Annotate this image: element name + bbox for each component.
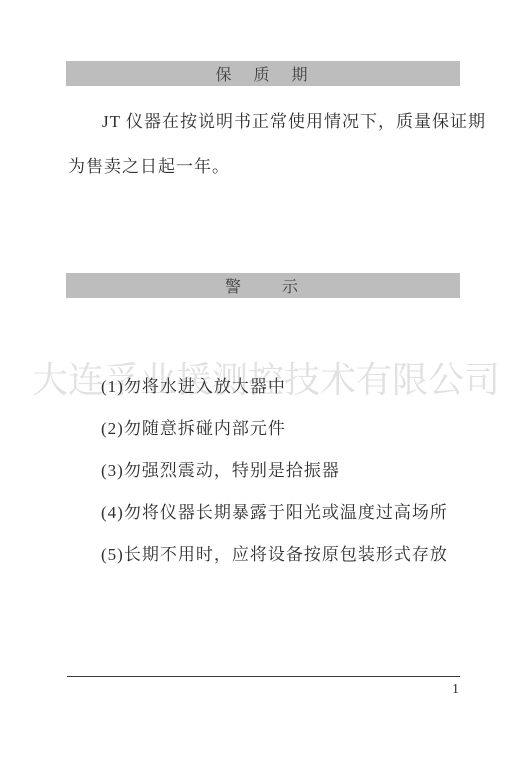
warning-item-3: (3)勿强烈震动，特别是拾振器: [68, 460, 488, 481]
section-header-warranty: 保 质 期: [66, 61, 460, 86]
warning-item-2: (2)勿随意拆碰内部元件: [68, 418, 488, 439]
document-page: 大连孚业援测控技术有限公司 保 质 期 JT 仪器在按说明书正常使用情况下，质量…: [0, 0, 532, 768]
footer-rule: [67, 676, 460, 677]
section-header-warning: 警 示: [66, 273, 460, 298]
page-number: 1: [452, 682, 459, 698]
warning-item-4: (4)勿将仪器长期暴露于阳光或温度过高场所: [68, 502, 488, 523]
section-title-warranty: 保 质 期: [215, 62, 310, 85]
warranty-paragraph: JT 仪器在按说明书正常使用情况下，质量保证期 为售卖之日起一年。: [68, 99, 488, 189]
warning-item-1: (1)勿将水进入放大器中: [68, 376, 488, 397]
warning-item-5: (5)长期不用时，应将设备按原包装形式存放: [68, 544, 488, 565]
warranty-paragraph-line-1: JT 仪器在按说明书正常使用情况下，质量保证期: [68, 99, 488, 144]
warranty-paragraph-line-2: 为售卖之日起一年。: [68, 144, 488, 189]
warning-list: (1)勿将水进入放大器中 (2)勿随意拆碰内部元件 (3)勿强烈震动，特别是拾振…: [68, 376, 488, 586]
section-title-warning: 警 示: [225, 274, 301, 297]
